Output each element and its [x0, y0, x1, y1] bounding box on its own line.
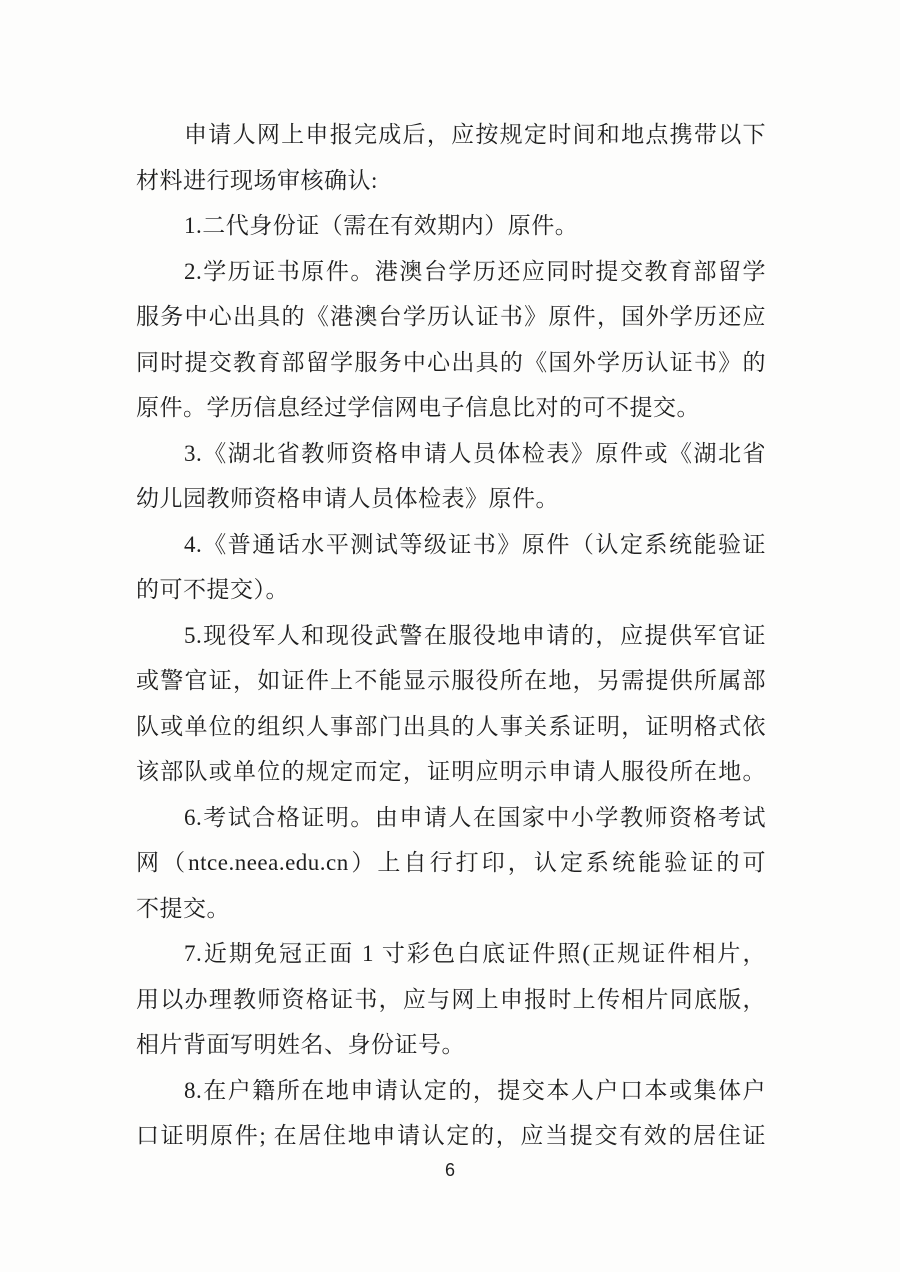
text-line: 的可不提交）。: [136, 567, 766, 613]
text-line: 用以办理教师资格证书，应与网上申报时上传相片同底版，: [136, 977, 766, 1023]
document-page-body: 申请人网上申报完成后，应按规定时间和地点携带以下 材料进行现场审核确认: 1.二…: [136, 112, 766, 1159]
page-number: 6: [0, 1160, 900, 1181]
text-line: 网（ntce.neea.edu.cn）上自行打印，认定系统能验证的可: [136, 840, 766, 886]
text-line: 4.《普通话水平测试等级证书》原件（认定系统能验证: [136, 522, 766, 568]
text-line: 不提交。: [136, 886, 766, 932]
text-line: 相片背面写明姓名、身份证号。: [136, 1022, 766, 1068]
text-line: 原件。学历信息经过学信网电子信息比对的可不提交。: [136, 385, 766, 431]
text-line: 2.学历证书原件。港澳台学历还应同时提交教育部留学: [136, 249, 766, 295]
text-line: 3.《湖北省教师资格申请人员体检表》原件或《湖北省: [136, 431, 766, 477]
text-line: 队或单位的组织人事部门出具的人事关系证明，证明格式依: [136, 704, 766, 750]
text-line: 幼儿园教师资格申请人员体检表》原件。: [136, 476, 766, 522]
text-line: 服务中心出具的《港澳台学历认证书》原件，国外学历还应: [136, 294, 766, 340]
text-line: 或警官证，如证件上不能显示服役所在地，另需提供所属部: [136, 658, 766, 704]
text-line: 8.在户籍所在地申请认定的，提交本人户口本或集体户: [136, 1068, 766, 1114]
text-line: 1.二代身份证（需在有效期内）原件。: [136, 203, 766, 249]
text-line: 材料进行现场审核确认:: [136, 158, 766, 204]
text-line: 该部队或单位的规定而定，证明应明示申请人服役所在地。: [136, 749, 766, 795]
text-line: 申请人网上申报完成后，应按规定时间和地点携带以下: [136, 112, 766, 158]
text-line: 口证明原件; 在居住地申请认定的，应当提交有效的居住证: [136, 1113, 766, 1159]
text-line: 同时提交教育部留学服务中心出具的《国外学历认证书》的: [136, 340, 766, 386]
text-line: 5.现役军人和现役武警在服役地申请的，应提供军官证: [136, 613, 766, 659]
text-line: 6.考试合格证明。由申请人在国家中小学教师资格考试: [136, 795, 766, 841]
text-line: 7.近期免冠正面 1 寸彩色白底证件照(正规证件相片，: [136, 931, 766, 977]
